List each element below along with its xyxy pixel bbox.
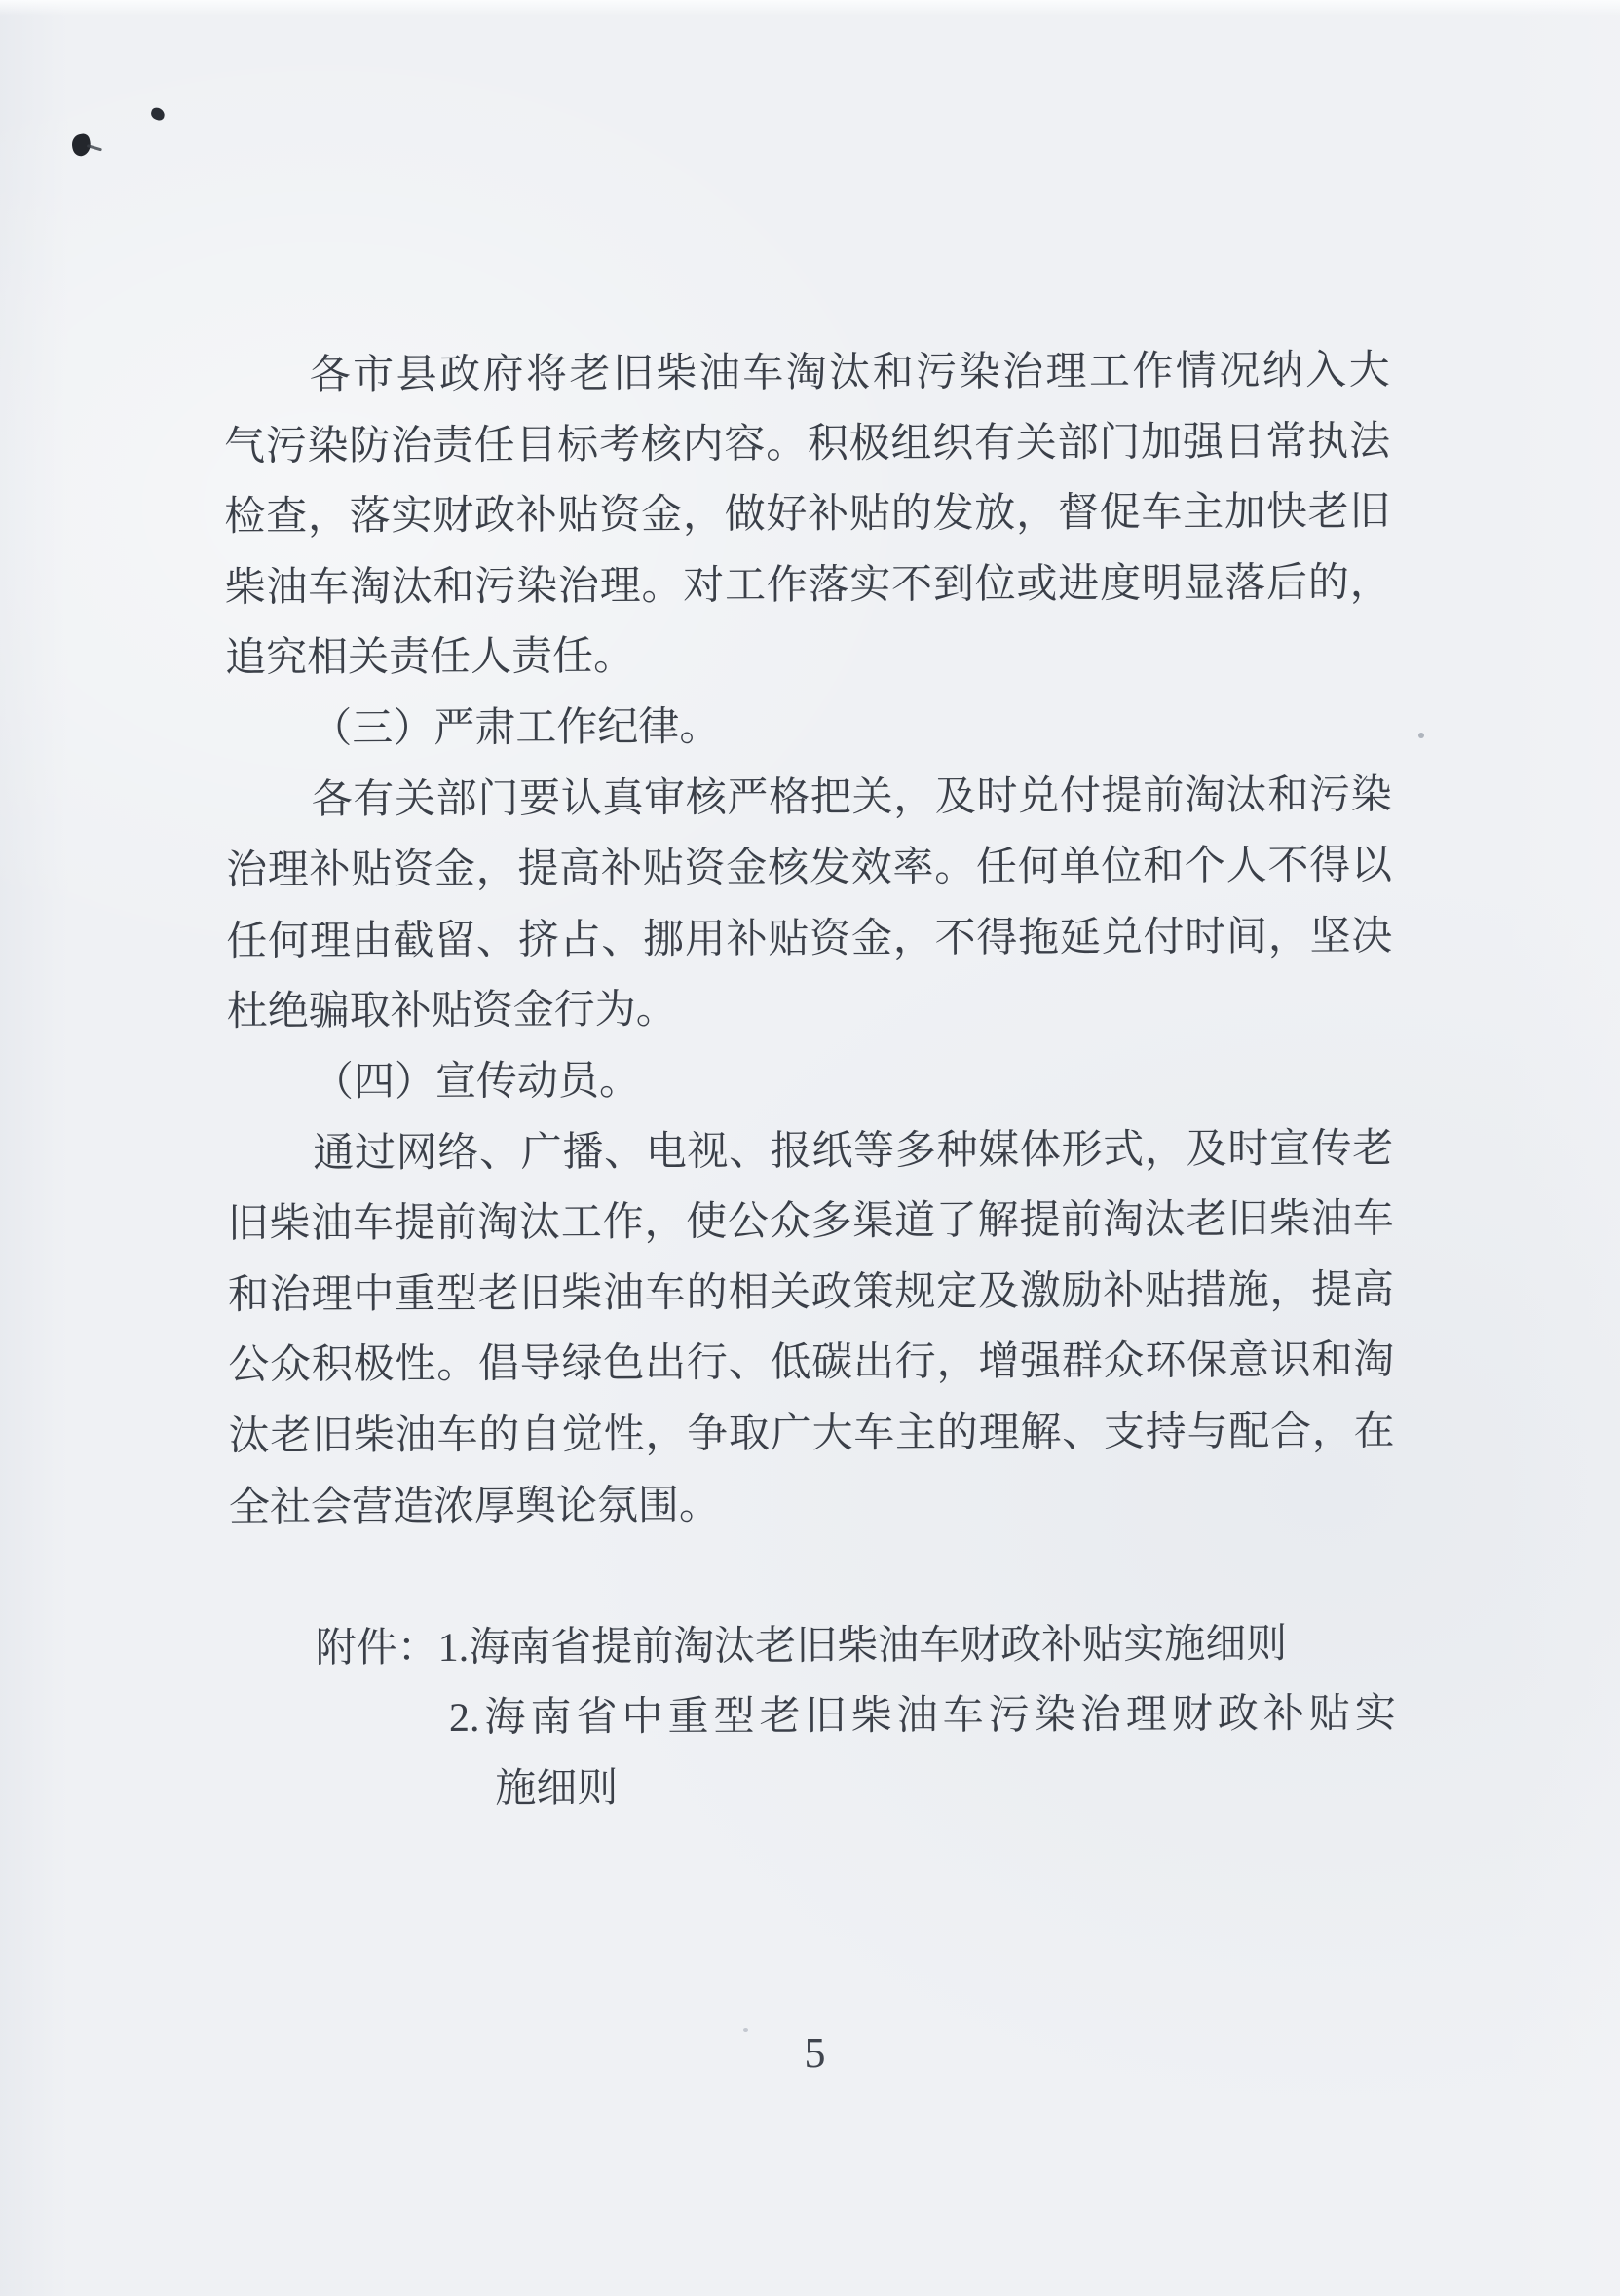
body-text-line: 任何理由截留、挤占、挪用补贴资金，不得拖延兑付时间，坚决 xyxy=(226,901,1392,977)
section-heading-4: （四）宣传动员。 xyxy=(227,1043,1393,1119)
attachment-line: 附件：1.海南省提前淘汰老旧柴油车财政补贴实施细则 xyxy=(229,1608,1395,1684)
document-body: 各市县政府将老旧柴油车淘汰和污染治理工作情况纳入大 气污染防治责任目标考核内容。… xyxy=(224,336,1397,1826)
body-text-line: 气污染防治责任目标考核内容。积极组织有关部门加强日常执法 xyxy=(224,406,1390,482)
body-text-line: 通过网络、广播、电视、报纸等多种媒体形式，及时宣传老 xyxy=(227,1113,1393,1189)
attachment-item-2: 2.海南省中重型老旧柴油车污染治理财政补贴实 xyxy=(230,1679,1396,1755)
attachment-item-2-continuation: 施细则 xyxy=(230,1750,1396,1826)
attachment-item-1: 1.海南省提前淘汰老旧柴油车财政补贴实施细则 xyxy=(438,1622,1288,1671)
body-text-line: 旧柴油车提前淘汰工作，使公众多渠道了解提前淘汰老旧柴油车 xyxy=(227,1185,1393,1261)
section-heading-3: （三）严肃工作纪律。 xyxy=(225,690,1391,766)
body-text-line: 杜绝骗取补贴资金行为。 xyxy=(227,972,1393,1048)
body-text-line: 各有关部门要认真审核严格把关，及时兑付提前淘汰和污染 xyxy=(226,760,1392,836)
blank-line xyxy=(229,1538,1395,1614)
page-number: 5 xyxy=(0,2024,1620,2083)
ink-speck-artifact xyxy=(149,106,166,122)
body-text-line: 检查，落实财政补贴资金，做好补贴的发放，督促车主加快老旧 xyxy=(224,477,1390,553)
ink-speck-artifact xyxy=(1418,733,1424,738)
body-text-line: 各市县政府将老旧柴油车淘汰和污染治理工作情况纳入大 xyxy=(224,336,1390,412)
body-text-line: 汰老旧柴油车的自觉性，争取广大车主的理解、支持与配合，在 xyxy=(228,1396,1394,1472)
body-text-line: 柴油车淘汰和污染治理。对工作落实不到位或进度明显落后的， xyxy=(225,547,1391,623)
scanned-document-page: 各市县政府将老旧柴油车淘汰和污染治理工作情况纳入大 气污染防治责任目标考核内容。… xyxy=(0,0,1620,2296)
body-text-line: 公众积极性。倡导绿色出行、低碳出行，增强群众环保意识和淘 xyxy=(228,1326,1394,1402)
body-text-line: 和治理中重型老旧柴油车的相关政策规定及激励补贴措施，提高 xyxy=(228,1255,1394,1331)
attachment-label: 附件： xyxy=(316,1626,438,1672)
body-text-line: 追究相关责任人责任。 xyxy=(225,619,1391,695)
body-text-line: 治理补贴资金，提高补贴资金核发效率。任何单位和个人不得以 xyxy=(226,831,1392,907)
body-text-line: 全社会营造浓厚舆论氛围。 xyxy=(229,1467,1395,1543)
ink-speck-artifact xyxy=(70,132,93,157)
